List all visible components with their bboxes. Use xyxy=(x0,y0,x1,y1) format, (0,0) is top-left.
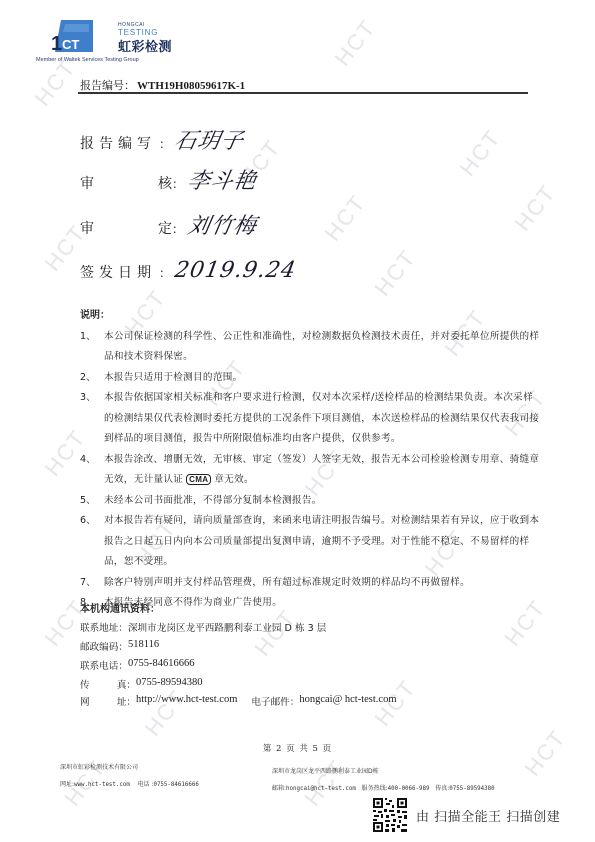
phone-label: 联系电话： xyxy=(80,658,128,677)
footer-web[interactable]: www.hct-test.com xyxy=(74,782,130,788)
email-link[interactable]: hongcai@ hct-test.com xyxy=(299,694,396,711)
header-divider xyxy=(78,92,528,94)
note-text-after: 章无效。 xyxy=(214,474,254,485)
web-label-a: 网 xyxy=(80,694,90,711)
contact-section: 本机构通讯资料： 联系地址： 深圳市龙岗区龙平西路鹏利泰工业园 D 栋 3 层 … xyxy=(80,600,540,711)
note-item: 5、 未经本公司书面批准，不得部分复制本检测报告。 xyxy=(80,491,540,512)
footer-mail-label: 邮箱: xyxy=(272,785,286,792)
handwritten-signature: 石玥子 xyxy=(172,124,246,155)
postcode-value: 518116 xyxy=(128,639,159,658)
scanner-credit-text: 由 扫描全能王 扫描创建 xyxy=(416,806,560,825)
label-char: 审 xyxy=(80,173,94,193)
watermark-text: HCT xyxy=(30,55,82,111)
note-number: 6、 xyxy=(80,511,104,573)
postcode-label: 邮政编码： xyxy=(80,639,128,658)
note-number: 3、 xyxy=(80,388,104,450)
footer-fax-label: 传真: xyxy=(435,785,449,792)
footer-web-label: 网址: xyxy=(60,781,74,788)
label-char: 核 xyxy=(158,173,172,193)
qr-code-icon xyxy=(372,797,408,833)
watermark-text: HCT xyxy=(370,245,422,301)
signature-colon: ： xyxy=(159,135,171,152)
contact-web-row: 网址： http://www.hct-test.com 电子邮件： hongca… xyxy=(80,694,540,711)
note-number: 7、 xyxy=(80,573,104,594)
footer-company: 深圳市虹彩检测技术有限公司 xyxy=(60,762,199,779)
signature-label: 审定 xyxy=(80,218,172,238)
note-item: 7、 除客户特别声明并支付样品管理费，所有超过标准规定时效期的样品均不再做留样。 xyxy=(80,573,540,594)
signature-row-author: 报告编写 ： 石玥子 xyxy=(80,124,244,155)
hct-logo-mark-icon: 1 CT xyxy=(51,18,93,52)
logo-brand-cn: 虹彩检测 xyxy=(118,36,172,55)
note-text: 本报告涂改、增删无效，无审核、审定（签发）人签字无效，报告无本公司检验检测专用章… xyxy=(104,450,540,491)
svg-text:CT: CT xyxy=(62,37,79,52)
signature-colon: ： xyxy=(172,220,184,237)
footer-hotline-label: 服务热线: xyxy=(362,785,388,792)
contact-fax-row: 传真： 0755-89594380 xyxy=(80,677,540,694)
signature-colon: ： xyxy=(159,264,171,281)
note-text: 未经本公司书面批准，不得部分复制本检测报告。 xyxy=(104,491,540,512)
signature-label: 报告编写 xyxy=(80,133,159,153)
cma-mark-icon: CMA xyxy=(186,474,211,485)
watermark-text: HCT xyxy=(455,125,507,181)
report-number-value: WTH19H08059617K-1 xyxy=(137,80,245,92)
report-number: 报告编号：WTH19H08059617K-1 xyxy=(80,77,245,93)
signature-label: 签发日期 xyxy=(80,262,159,282)
note-text-before: 本报告涂改、增删无效，无审核、审定（签发）人签字无效，报告无本公司检验检测专用章… xyxy=(104,454,539,486)
fax-label-b: 真： xyxy=(117,677,136,694)
watermark-text: HCT xyxy=(510,180,562,236)
note-item: 2、 本报告只适用于检测目的范围。 xyxy=(80,368,540,389)
note-text: 本公司保证检测的科学性、公正性和准确性，对检测数据负检测技术责任，并对委托单位所… xyxy=(104,327,540,368)
web-label: 网址： xyxy=(80,694,136,711)
fax-label: 传真： xyxy=(80,677,136,694)
footer-tel-label: 电话 : xyxy=(138,781,154,788)
footer-mail[interactable]: hongcai@hct-test.com xyxy=(286,786,356,792)
scanner-badge: 由 扫描全能王 扫描创建 xyxy=(372,797,560,833)
contact-address-row: 联系地址： 深圳市龙岗区龙平西路鹏利泰工业园 D 栋 3 层 xyxy=(80,620,540,639)
handwritten-signature: 刘竹梅 xyxy=(185,209,259,240)
footer-left: 深圳市虹彩检测技术有限公司 网址:www.hct-test.com 电话 :07… xyxy=(60,762,199,796)
note-number: 1、 xyxy=(80,327,104,368)
note-number: 2、 xyxy=(80,368,104,389)
label-char: 定 xyxy=(158,218,172,238)
page-number: 第 2 页 共 5 页 xyxy=(0,742,595,754)
watermark-text: HCT xyxy=(330,15,382,71)
note-item: 3、 本报告依据国家相关标准和客户要求进行检测，仅对本次采样/送检样品的检测结果… xyxy=(80,388,540,450)
footer-right: 深圳市龙岗区龙平西路鹏利泰工业园D栋 邮箱:hongcai@hct-test.c… xyxy=(272,766,495,800)
note-item: 4、 本报告涂改、增删无效，无审核、审定（签发）人签字无效，报告无本公司检验检测… xyxy=(80,450,540,491)
notes-section: 说明： 1、 本公司保证检测的科学性、公正性和准确性，对检测数据负检测技术责任，… xyxy=(80,306,540,614)
handwritten-signature: 李斗艳 xyxy=(185,164,259,195)
footer-hotline: 400-0066-989 xyxy=(388,786,430,792)
fax-label-a: 传 xyxy=(80,677,90,694)
signature-label: 审核 xyxy=(80,173,172,193)
note-item: 1、 本公司保证检测的科学性、公正性和准确性，对检测数据负检测技术责任，并对委托… xyxy=(80,327,540,368)
svg-text:1: 1 xyxy=(51,33,62,52)
handwritten-date: 2019.9.24 xyxy=(173,258,298,283)
notes-title: 说明： xyxy=(80,306,540,327)
address-value: 深圳市龙岗区龙平西路鹏利泰工业园 D 栋 3 层 xyxy=(128,620,326,639)
note-text: 对本报告若有疑问，请向质量部查询，来函来电请注明报告编号。对检测结果若有异议，应… xyxy=(104,511,540,573)
contact-phone-row: 联系电话： 0755-84616666 xyxy=(80,658,540,677)
signature-colon: ： xyxy=(172,175,184,192)
email-label: 电子邮件： xyxy=(251,694,299,711)
footer-address: 深圳市龙岗区龙平西路鹏利泰工业园D栋 xyxy=(272,766,495,783)
watermark-text: HCT xyxy=(320,190,372,246)
website-link[interactable]: http://www.hct-test.com xyxy=(136,694,237,711)
signature-row-approver: 审定 ： 刘竹梅 xyxy=(80,209,257,240)
signature-row-issue-date: 签发日期 ： 2019.9.24 xyxy=(80,258,296,283)
footer-contact-line: 网址:www.hct-test.com 电话 :0755-84616666 xyxy=(60,779,199,796)
report-number-label: 报告编号： xyxy=(80,79,135,92)
note-number: 4、 xyxy=(80,450,104,491)
note-text: 除客户特别声明并支付样品管理费，所有超过标准规定时效期的样品均不再做留样。 xyxy=(104,573,540,594)
note-number: 5、 xyxy=(80,491,104,512)
address-label: 联系地址： xyxy=(80,620,128,639)
web-label-b: 址： xyxy=(117,694,136,711)
note-item: 6、 对本报告若有疑问，请向质量部查询，来函来电请注明报告编号。对检测结果若有异… xyxy=(80,511,540,573)
contact-postcode-row: 邮政编码： 518116 xyxy=(80,639,540,658)
footer-fax: 0755-89594380 xyxy=(449,786,494,792)
note-text: 本报告依据国家相关标准和客户要求进行检测，仅对本次采样/送检样品的检测结果负责。… xyxy=(104,388,540,450)
fax-value: 0755-89594380 xyxy=(136,677,203,694)
label-char: 审 xyxy=(80,218,94,238)
note-text: 本报告只适用于检测目的范围。 xyxy=(104,368,540,389)
phone-value: 0755-84616666 xyxy=(128,658,195,677)
logo-member-line: Member of Waltek Services Testing Group xyxy=(36,57,139,63)
company-logo: 1 CT HONGCAI TESTING 虹彩检测 Member of Walt… xyxy=(36,16,196,60)
signature-row-reviewer: 审核 ： 李斗艳 xyxy=(80,164,257,195)
footer-tel: 0755-84616666 xyxy=(153,782,198,788)
contact-title: 本机构通讯资料： xyxy=(80,600,540,620)
